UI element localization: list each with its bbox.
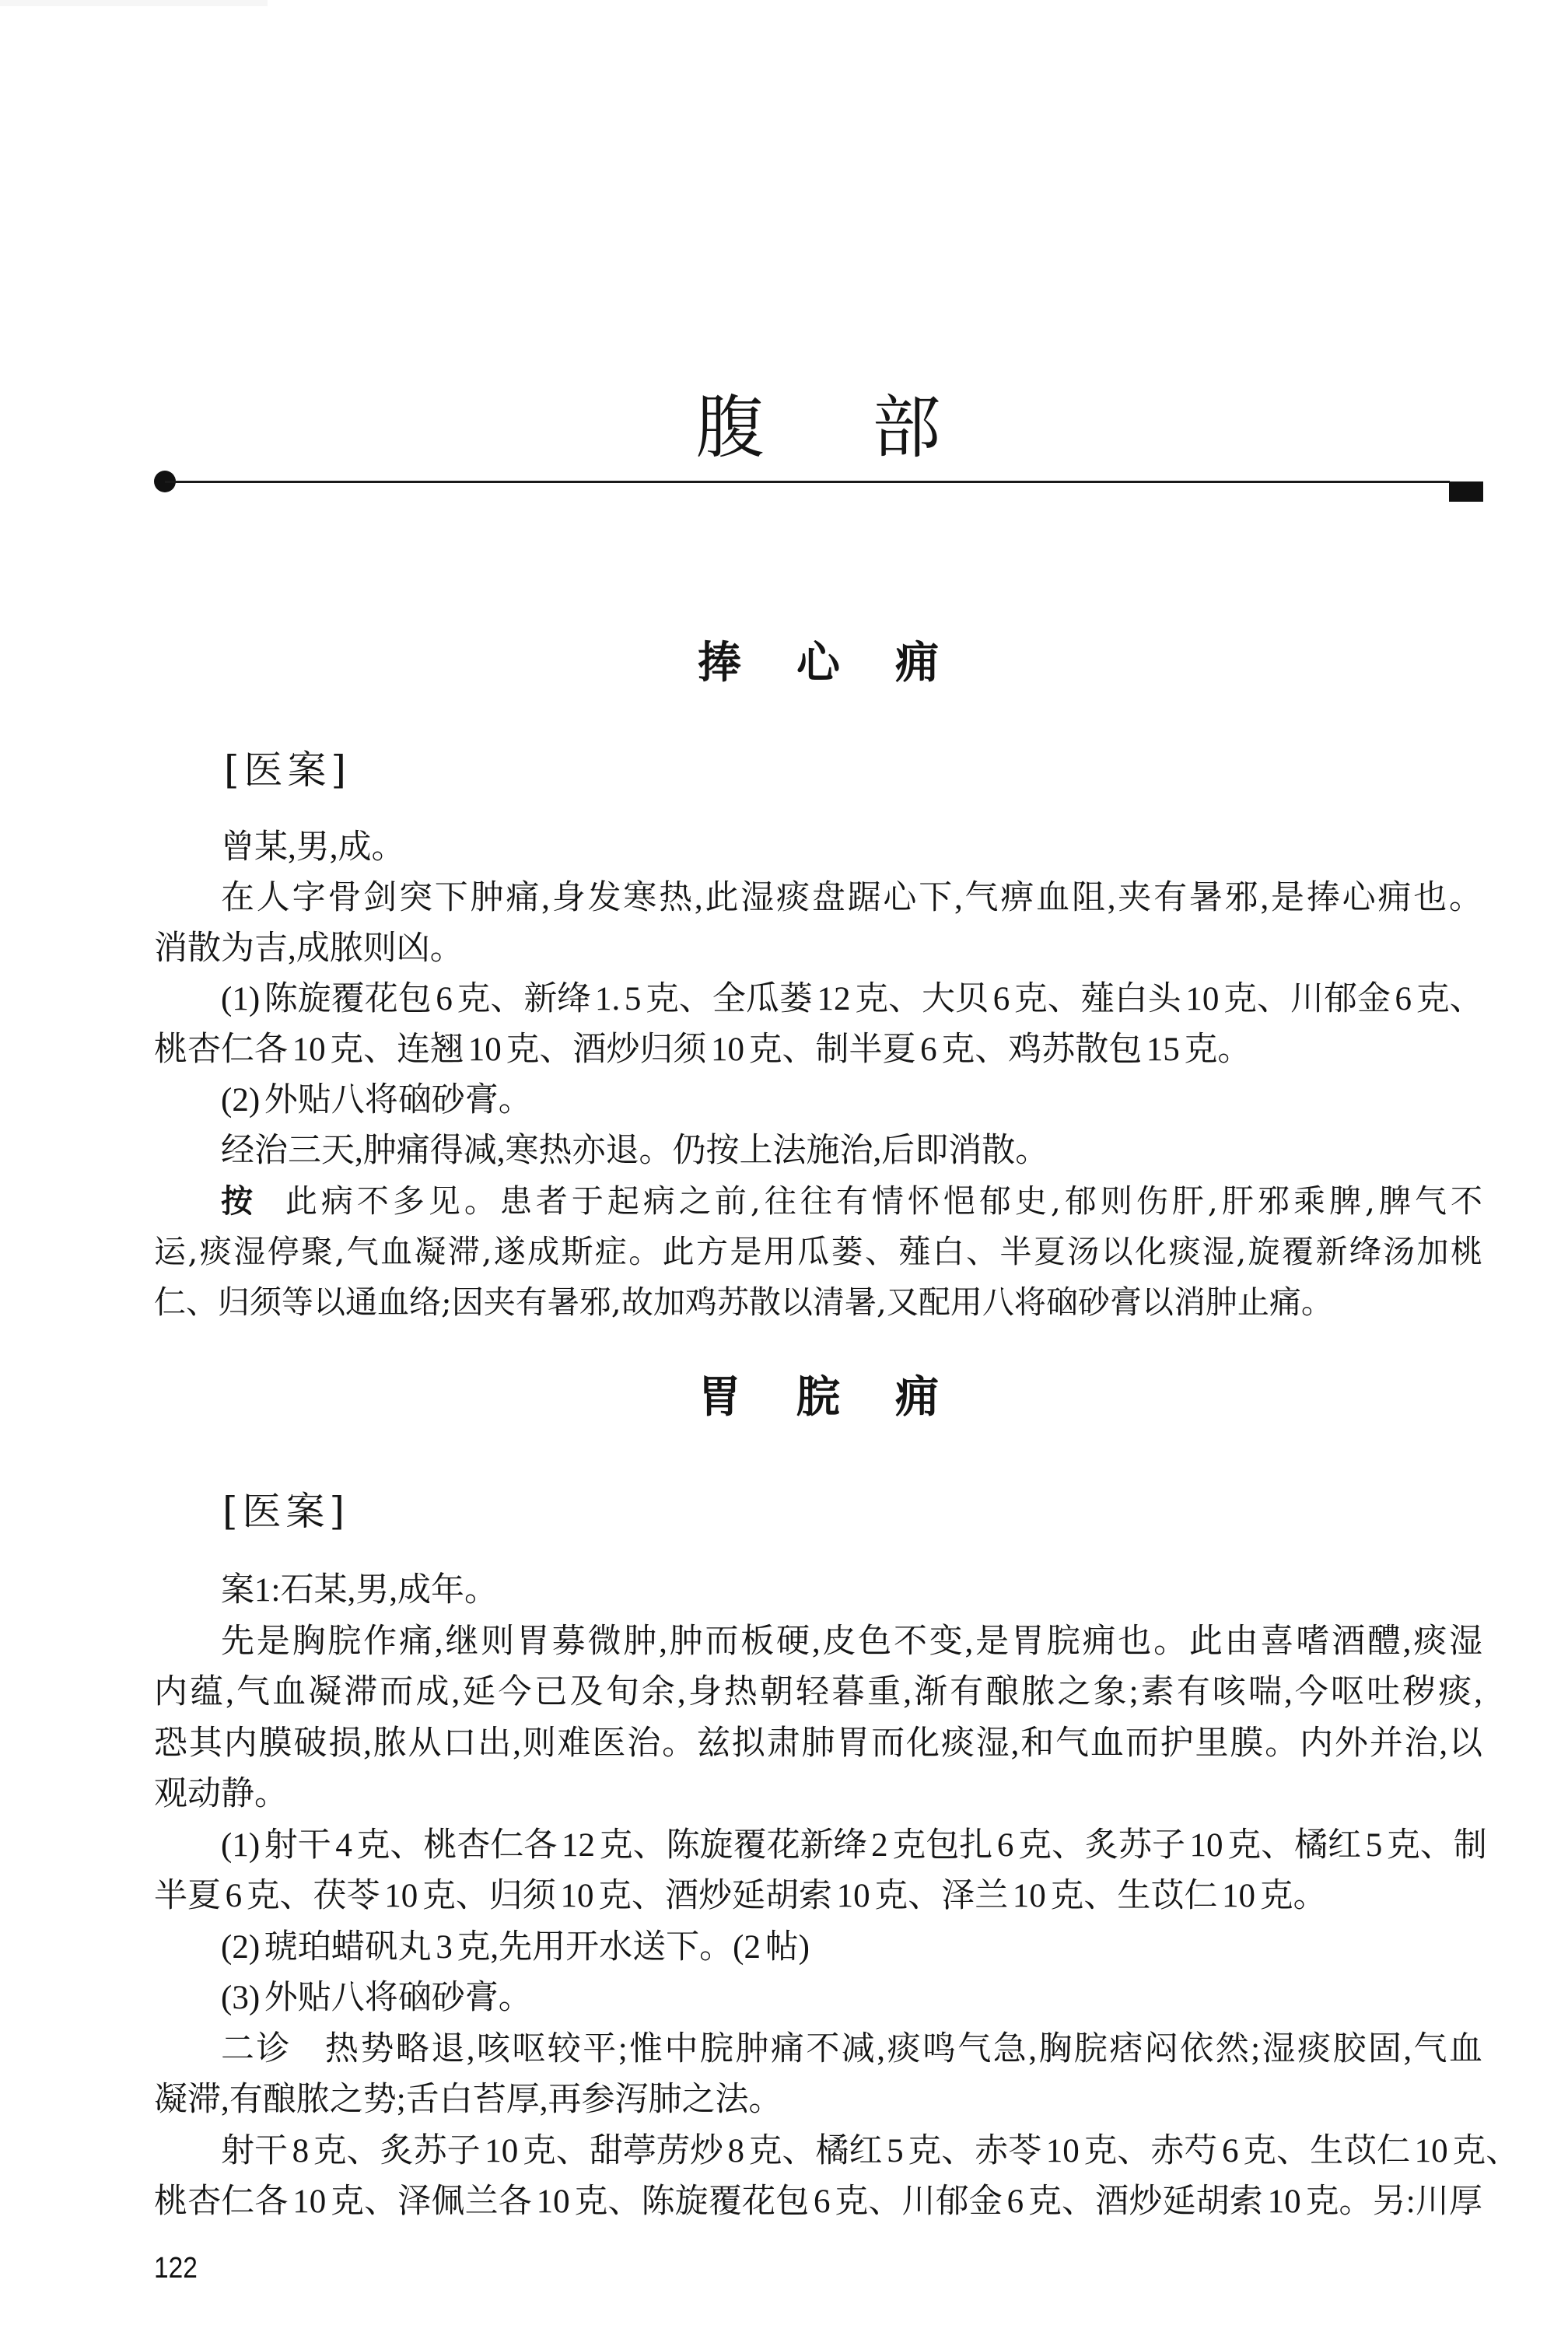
prescription-line: 半夏 6 克、茯苓 10 克、归须 10 克、酒炒延胡索 10 克、泽兰 10 …: [154, 1871, 1482, 1922]
text-line: 曾某,男,成。: [154, 822, 1482, 873]
text-line: 先是胸脘作痛,继则胃募微肿,肿而板硬,皮色不变,是胃脘痈也。此由喜嗜酒醴,痰湿: [154, 1616, 1482, 1668]
note-lead: 按: [221, 1182, 257, 1220]
page-number: 122: [154, 2253, 198, 2283]
scan-artifact: [0, 0, 268, 6]
prescription-line: (2) 外贴八将硇砂膏。: [154, 1075, 1482, 1126]
case-label: [医案]: [222, 1490, 349, 1533]
visit-line: 凝滞,有酿脓之势;舌白苔厚,再参泻肺之法。: [154, 2075, 1482, 2126]
text-line: 观动静。: [154, 1769, 1482, 1820]
book-page: 腹部 捧心痈 [医案] 曾某,男,成。 在人字骨剑突下肿痛,身发寒热,此湿痰盘踞…: [0, 0, 1568, 2325]
prescription-line: (2) 琥珀蜡矾丸 3 克,先用开水送下。(2 帖): [154, 1922, 1482, 1973]
section-heading: 胃脘痈: [154, 1375, 1482, 1420]
prescription-line: 射干 8 克、炙苏子 10 克、甜葶苈炒 8 克、橘红 5 克、赤苓 10 克、…: [154, 2126, 1482, 2177]
prescription-line: (1) 陈旋覆花包 6 克、新绛 1. 5 克、全瓜蒌 12 克、大贝 6 克、…: [154, 974, 1482, 1024]
note-line: 仁、归须等以通血络;因夹有暑邪,故加鸡苏散以清暑,又配用八将硇砂膏以消肿止痛。: [154, 1277, 1482, 1328]
note-text: 此病不多见。患者于起病之前,往往有情怀悒郁史,郁则伤肝,肝邪乘脾,脾气不: [285, 1182, 1482, 1220]
title-rule-line: [165, 481, 1450, 483]
case-label: [医案]: [224, 748, 351, 792]
prescription-line: 桃杏仁各 10 克、连翘 10 克、酒炒归须 10 克、制半夏 6 克、鸡苏散包…: [154, 1024, 1482, 1075]
visit-lead: 二诊: [221, 2031, 292, 2068]
note-line: 运,痰湿停聚,气血凝滞,遂成斯症。此方是用瓜蒌、薤白、半夏汤以化痰湿,旋覆新绛汤…: [154, 1227, 1482, 1277]
visit-text: 热势略退,咳呕较平;惟中脘肿痛不减,痰鸣气急,胸脘痞闷依然;湿痰胶固,气血: [325, 2031, 1482, 2068]
chapter-title: 腹部: [154, 392, 1482, 464]
section-heading: 捧心痈: [154, 641, 1482, 686]
prescription-line: (1) 射干 4 克、桃杏仁各 12 克、陈旋覆花新绛 2 克包扎 6 克、炙苏…: [154, 1820, 1482, 1872]
rule-end-block-icon: [1449, 481, 1483, 502]
prescription-line: (3) 外贴八将硇砂膏。: [154, 1973, 1482, 2024]
note-line: 按此病不多见。患者于起病之前,往往有情怀悒郁史,郁则伤肝,肝邪乘脾,脾气不: [154, 1176, 1482, 1227]
text-line: 在人字骨剑突下肿痛,身发寒热,此湿痰盘踞心下,气痹血阻,夹有暑邪,是捧心痈也。: [154, 873, 1482, 923]
text-line: 恐其内膜破损,脓从口出,则难医治。兹拟肃肺胃而化痰湿,和气血而护里膜。内外并治,…: [154, 1718, 1482, 1770]
prescription-line: 桃杏仁各 10 克、泽佩兰各 10 克、陈旋覆花包 6 克、川郁金 6 克、酒炒…: [154, 2176, 1482, 2228]
text-line: 经治三天,肿痛得减,寒热亦退。仍按上法施治,后即消散。: [154, 1126, 1482, 1176]
visit-line: 二诊热势略退,咳呕较平;惟中脘肿痛不减,痰鸣气急,胸脘痞闷依然;湿痰胶固,气血: [154, 2024, 1482, 2075]
text-line: 消散为吉,成脓则凶。: [154, 923, 1482, 974]
section-body: 曾某,男,成。 在人字骨剑突下肿痛,身发寒热,此湿痰盘踞心下,气痹血阻,夹有暑邪…: [154, 822, 1482, 1328]
text-line: 案1:石某,男,成年。: [154, 1565, 1482, 1616]
text-line: 内蕴,气血凝滞而成,延今已及旬余,身热朝轻暮重,渐有酿脓之象;素有咳喘,今呕吐秽…: [154, 1667, 1482, 1718]
section-body: 案1:石某,男,成年。 先是胸脘作痛,继则胃募微肿,肿而板硬,皮色不变,是胃脘痈…: [154, 1565, 1482, 2228]
